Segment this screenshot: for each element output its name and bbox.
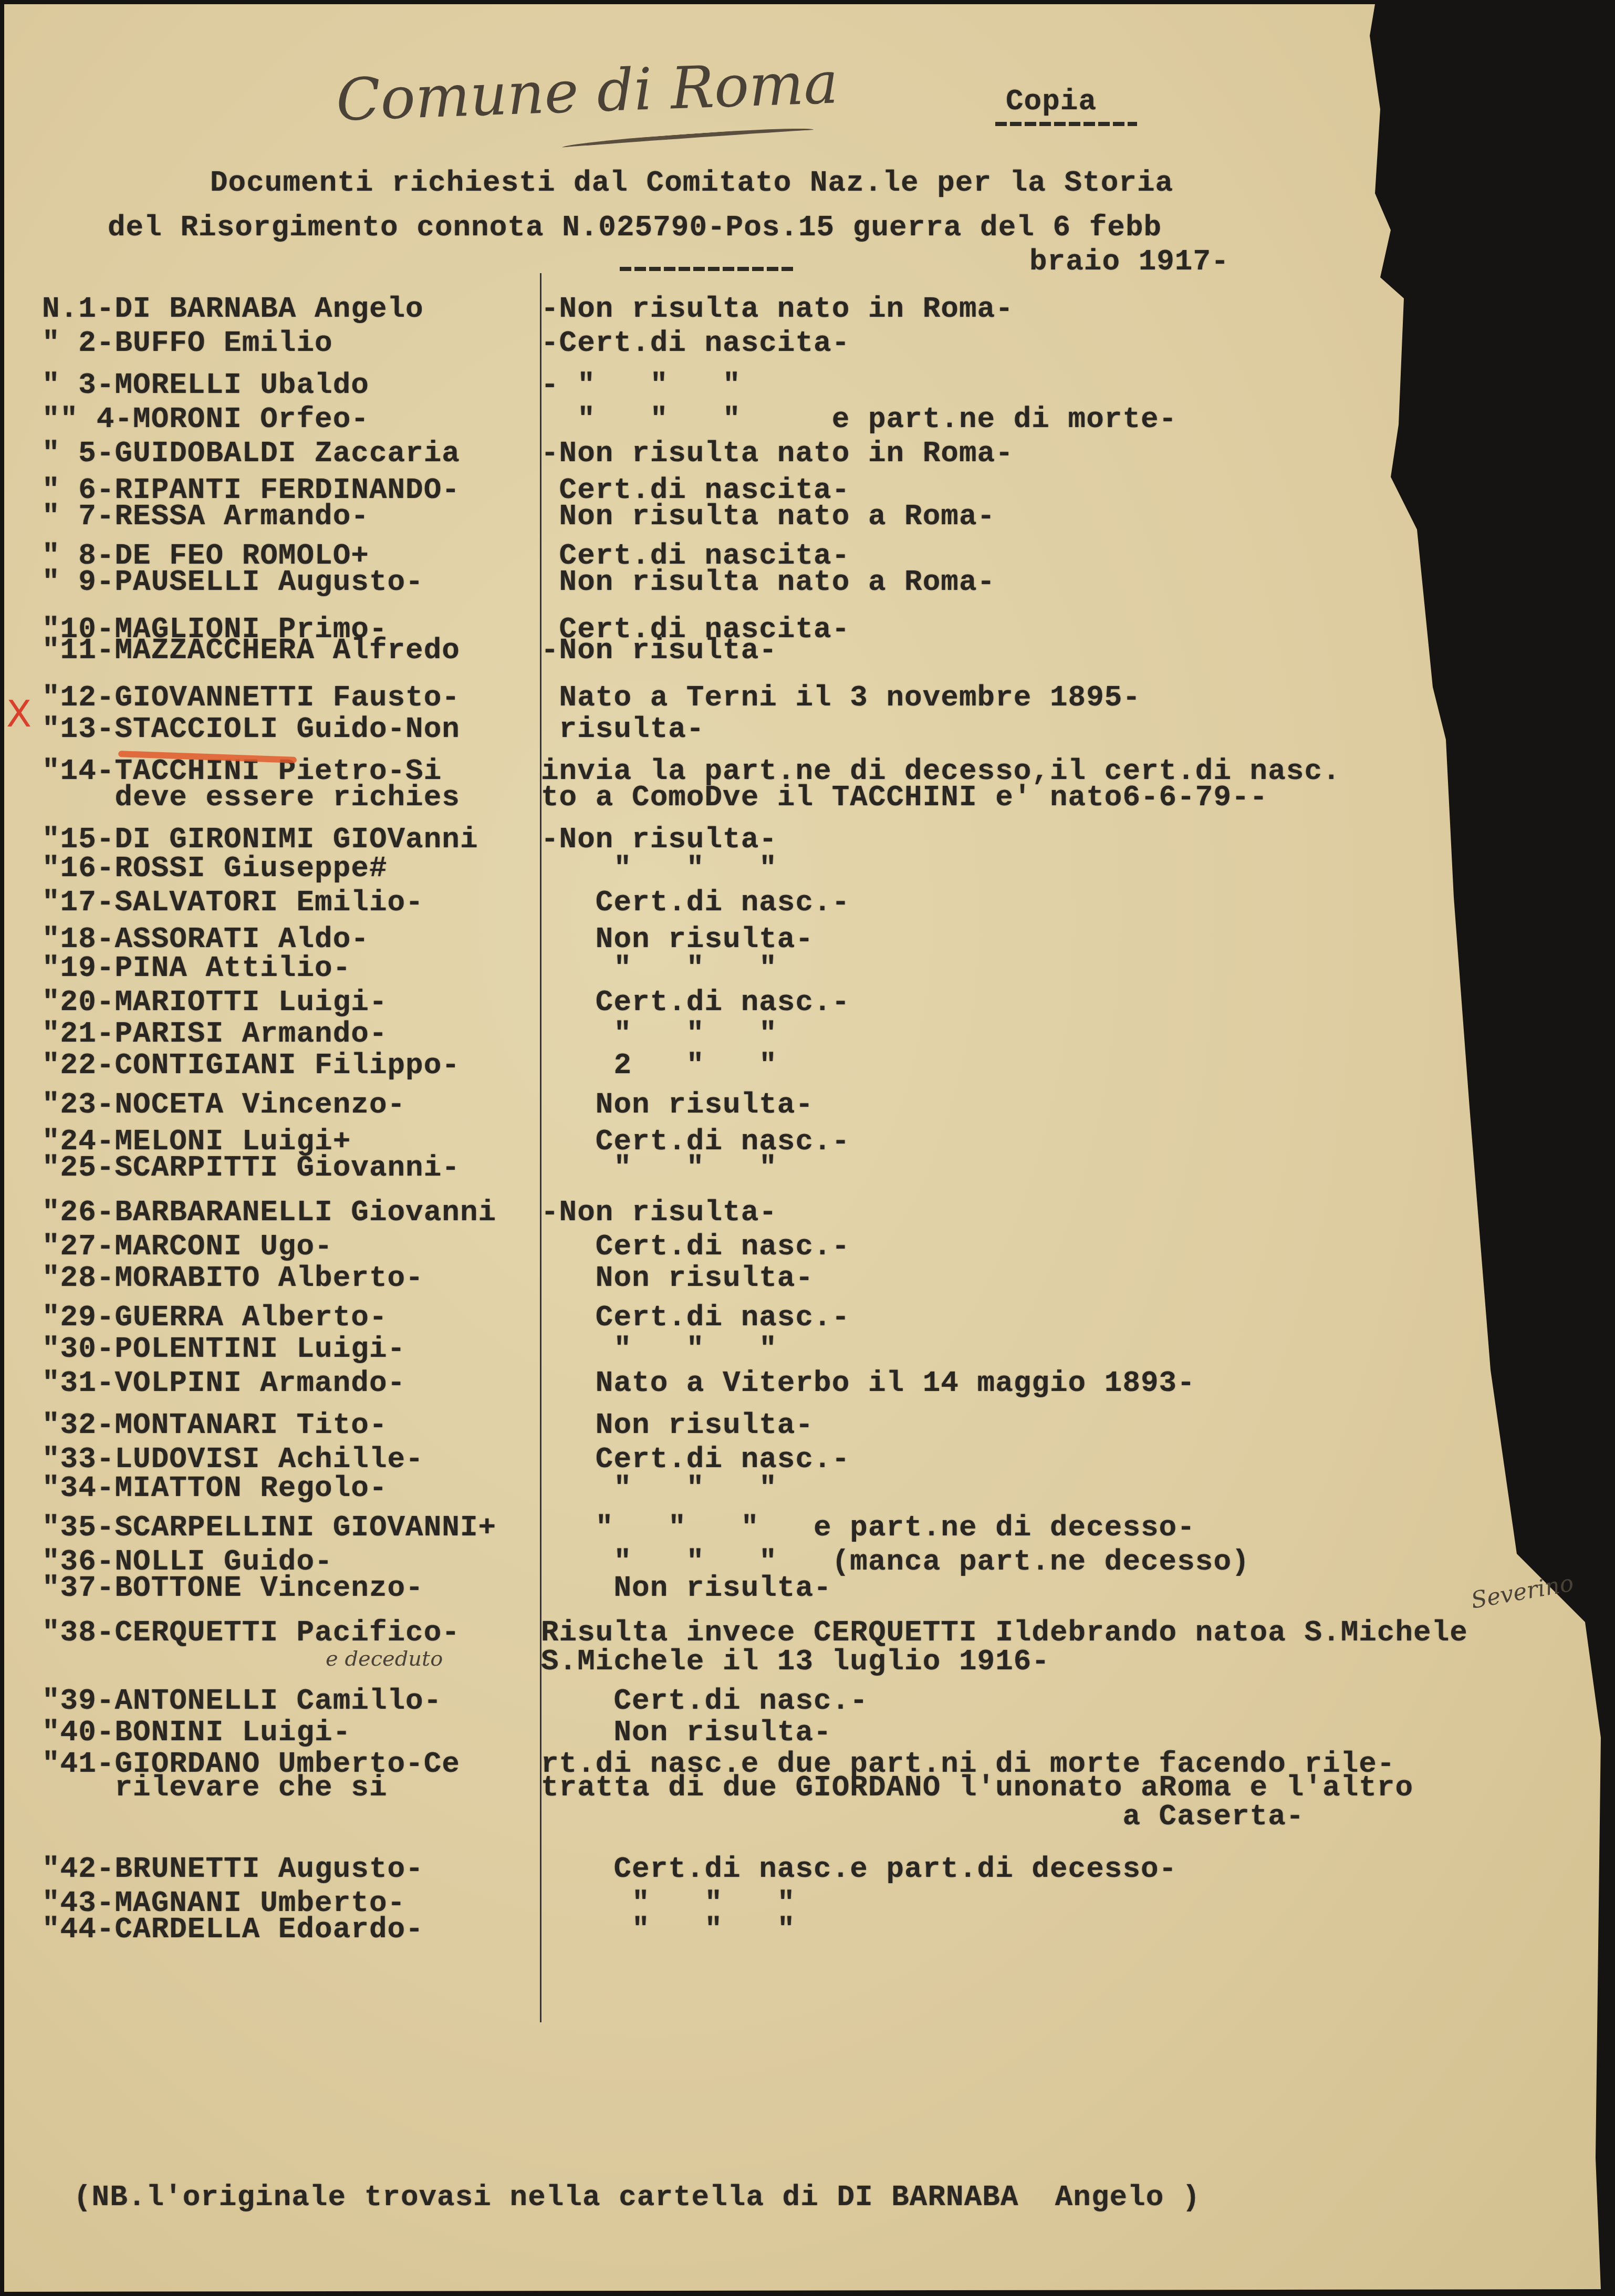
- entry-name: "21-PARISI Armando-: [42, 1019, 388, 1048]
- entry-status: -Non risulta-: [541, 825, 777, 854]
- entry-status: " " ": [541, 1915, 795, 1944]
- entry-name: "23-NOCETA Vincenzo-: [42, 1090, 405, 1119]
- entry-status: Non risulta-: [541, 1263, 814, 1293]
- entry-name: "28-MORABITO Alberto-: [42, 1263, 424, 1293]
- entry-name: "17-SALVATORI Emilio-: [42, 888, 424, 917]
- entry-status: risulta-: [541, 714, 704, 744]
- entry-status: " " " e part.ne di decesso-: [541, 1513, 1195, 1542]
- entry-status: Nato a Terni il 3 novembre 1895-: [541, 683, 1141, 712]
- entry-name: " 7-RESSA Armando-: [42, 502, 369, 531]
- entry-status: a Caserta-: [541, 1802, 1304, 1831]
- entry-name: "30-POLENTINI Luigi-: [42, 1334, 405, 1364]
- entry-name: " 2-BUFFO Emilio: [42, 328, 333, 358]
- entry-name: " 3-MORELLI Ubaldo: [42, 370, 369, 400]
- entry-status: Cert.di nasc.-: [541, 1232, 850, 1261]
- entry-status: tratta di due GIORDANO l'unonato aRoma e…: [541, 1773, 1413, 1802]
- entry-name: "" 4-MORONI Orfeo-: [42, 404, 369, 434]
- entry-name: "27-MARCONI Ugo-: [42, 1232, 333, 1261]
- entry-status: Cert.di nasc.-: [541, 1303, 850, 1332]
- copy-stamp-underline: [995, 122, 1137, 126]
- entry-status: Non risulta nato a Roma-: [541, 567, 995, 597]
- subject-line-3: braio 1917-: [1029, 247, 1230, 276]
- entry-name: "44-CARDELLA Edoardo-: [42, 1915, 424, 1944]
- entry-name: "15-DI GIRONIMI GIOVanni: [42, 825, 478, 854]
- entry-status: - " " ": [541, 370, 741, 400]
- entry-status: Cert.di nasc.-: [541, 988, 850, 1017]
- entry-name: "40-BONINI Luigi-: [42, 1718, 351, 1747]
- entry-status: Cert.di nasc.e part.di decesso-: [541, 1854, 1177, 1884]
- entry-status: " " ": [541, 1019, 777, 1048]
- entry-name: "12-GIOVANNETTI Fausto-: [42, 683, 460, 712]
- entry-status: " " ": [541, 1153, 777, 1182]
- entry-name: deve essere richies: [42, 783, 460, 812]
- entry-status: 2 " ": [541, 1051, 777, 1080]
- entry-status: Non risulta-: [541, 1718, 832, 1747]
- entry-name: "34-MIATTON Regolo-: [42, 1473, 388, 1503]
- entry-name: "39-ANTONELLI Camillo-: [42, 1686, 442, 1716]
- entry-name: "29-GUERRA Alberto-: [42, 1303, 388, 1332]
- entry-name: "31-VOLPINI Armando-: [42, 1368, 405, 1398]
- entry-name: "25-SCARPITTI Giovanni-: [42, 1153, 460, 1182]
- entry-status: Non risulta-: [541, 1410, 814, 1440]
- entry-name: "32-MONTANARI Tito-: [42, 1410, 388, 1440]
- entry-status: Cert.di nasc.-: [541, 888, 850, 917]
- copy-stamp: Copia: [1006, 87, 1097, 116]
- entry-name: " 9-PAUSELLI Augusto-: [42, 567, 424, 597]
- entry-status: " " ": [541, 1473, 777, 1503]
- entry-status: -Non risulta-: [541, 636, 777, 665]
- entry-name: "37-BOTTONE Vincenzo-: [42, 1573, 424, 1603]
- entry-status: " " ": [541, 953, 777, 983]
- entry-name: "19-PINA Attilio-: [42, 953, 351, 983]
- subject-line-2: del Risorgimento connota N.025790-Pos.15…: [108, 213, 1162, 242]
- entry-name: "16-ROSSI Giuseppe#: [42, 854, 388, 883]
- entry-status: " " " e part.ne di morte-: [541, 404, 1177, 434]
- entry-status: Cert.di nasc.-: [541, 1445, 850, 1474]
- entry-name: "26-BARBARANELLI Giovanni: [42, 1198, 496, 1227]
- red-x-mark: X: [6, 692, 32, 735]
- entry-status: Cert.di nasc.-: [541, 1686, 868, 1716]
- entry-status: " " ": [541, 1334, 777, 1364]
- entry-status: Non risulta-: [541, 1573, 832, 1603]
- entry-name: N.1-DI BARNABA Angelo: [42, 294, 424, 324]
- entry-status: -Non risulta-: [541, 1198, 777, 1227]
- entry-status: Risulta invece CERQUETTI Ildebrando nato…: [541, 1618, 1468, 1647]
- entry-name: "11-MAZZACCHERA Alfredo: [42, 636, 460, 665]
- entry-name: "33-LUDOVISI Achille-: [42, 1445, 424, 1474]
- entry-status: to a ComoDve il TACCHINI e' nato6-6-79--: [541, 783, 1268, 812]
- entry-status: Non risulta-: [541, 1090, 814, 1119]
- entry-status: " " ": [541, 854, 777, 883]
- footer-note: (NB.l'originale trovasi nella cartella d…: [74, 2183, 1201, 2212]
- subject-line-1: Documenti richiesti dal Comitato Naz.le …: [210, 168, 1173, 198]
- entry-status: Non risulta nato a Roma-: [541, 502, 995, 531]
- entry-name: " 5-GUIDOBALDI Zaccaria: [42, 439, 460, 468]
- entry-name: "38-CERQUETTI Pacifico-: [42, 1618, 460, 1647]
- entry-status: S.Michele il 13 luglio 1916-: [541, 1647, 1050, 1676]
- entry-name: "22-CONTIGIANI Filippo-: [42, 1051, 460, 1080]
- subject-underline: [620, 267, 793, 271]
- entry-name: "20-MARIOTTI Luigi-: [42, 988, 388, 1017]
- entry-name: "42-BRUNETTI Augusto-: [42, 1854, 424, 1884]
- handwritten-note-deceduto: e deceduto: [326, 1647, 443, 1671]
- entry-name: "35-SCARPELLINI GIOVANNI+: [42, 1513, 496, 1542]
- entry-name: "13-STACCIOLI Guido-Non: [42, 714, 460, 744]
- entry-status: -Non risulta nato in Roma-: [541, 294, 1014, 324]
- entry-name: "18-ASSORATI Aldo-: [42, 924, 369, 954]
- entry-status: Nato a Viterbo il 14 maggio 1893-: [541, 1368, 1195, 1398]
- entry-status: -Cert.di nascita-: [541, 328, 850, 358]
- entry-status: Non risulta-: [541, 924, 814, 954]
- entry-status: -Non risulta nato in Roma-: [541, 439, 1014, 468]
- entry-name: rilevare che si: [42, 1773, 388, 1802]
